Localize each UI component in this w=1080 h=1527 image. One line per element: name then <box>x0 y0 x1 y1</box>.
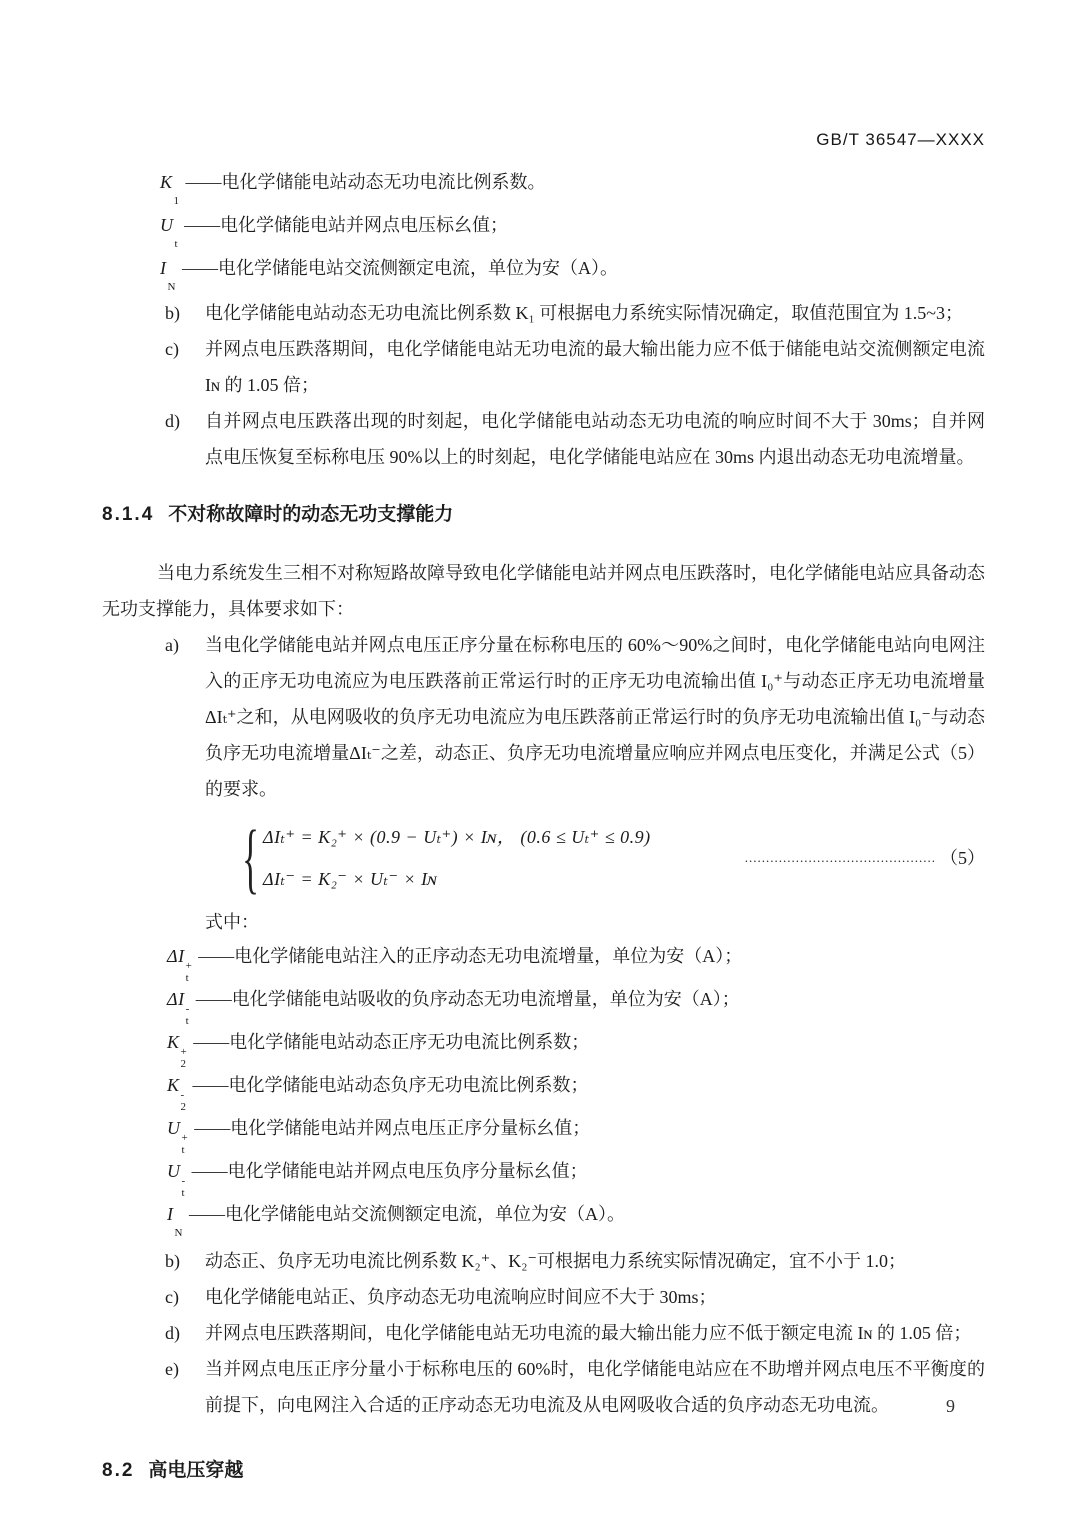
list-item-text: 动态正、负序无功电流比例系数 K₂⁺、K₂⁻可根据电力系统实际情况确定，宜不小于… <box>205 1251 906 1271</box>
symbol-description: ——电化学储能电站动态正序无功电流比例系数； <box>193 1032 589 1052</box>
symbol-description: ——电化学储能电站交流侧额定电流，单位为安（A）。 <box>182 258 618 278</box>
symbol-sub: N <box>175 1227 183 1239</box>
page-content: K1 ——电化学储能电站动态无功电流比例系数。 Ut ——电化学储能电站并网点电… <box>102 152 985 1511</box>
symbol-base: K <box>167 1075 180 1095</box>
symbol-base: U <box>167 1161 181 1181</box>
list-item: b) 动态正、负序无功电流比例系数 K₂⁺、K₂⁻可根据电力系统实际情况确定，宜… <box>102 1243 985 1279</box>
list-item: c) 电化学储能电站正、负序动态无功电流响应时间应不大于 30ms； <box>102 1279 985 1315</box>
equation-line-2: ΔIₜ⁻ = K₂⁻ × Uₜ⁻ × Iɴ <box>263 858 651 900</box>
equation-dotted-leader: ........................................… <box>745 840 936 876</box>
requirement-list-8-1-4: b) 动态正、负序无功电流比例系数 K₂⁺、K₂⁻可根据电力系统实际情况确定，宜… <box>102 1243 985 1423</box>
list-item-marker: b) <box>165 1243 180 1279</box>
list-item-text: 电化学储能电站动态无功电流比例系数 K₁ 可根据电力系统实际情况确定，取值范围宜… <box>205 303 963 323</box>
symbol-subscript-stack: 1 <box>174 183 180 207</box>
symbol-base: ΔI <box>167 989 185 1009</box>
standard-number-header: GB/T 36547—XXXX <box>816 130 985 150</box>
equation-line-1: ΔIₜ⁺ = K₂⁺ × (0.9 − Uₜ⁺) × Iɴ， (0.6 ≤ Uₜ… <box>263 816 651 858</box>
list-item-marker: c) <box>165 1279 179 1315</box>
symbol-term: ΔI-t <box>167 989 191 1009</box>
symbol-sup <box>175 1215 183 1227</box>
symbol-definition-row: Ut ——电化学储能电站并网点电压标幺值； <box>102 207 985 250</box>
symbol-subscript-stack: N <box>168 269 176 293</box>
page-number: 9 <box>946 1396 955 1417</box>
symbol-base: ΔI <box>167 946 185 966</box>
symbol-term: IN <box>167 1204 184 1224</box>
symbol-description: ——电化学储能电站动态负序无功电流比例系数； <box>193 1075 589 1095</box>
document-page: GB/T 36547—XXXX K1 ——电化学储能电站动态无功电流比例系数。 … <box>0 0 1080 1527</box>
symbol-sub: t <box>186 972 192 984</box>
list-item-marker: e) <box>165 1351 179 1387</box>
symbol-description: ——电化学储能电站并网点电压正序分量标幺值； <box>194 1118 590 1138</box>
symbol-sup: + <box>182 1132 188 1144</box>
symbol-term: K1 <box>160 172 181 192</box>
clause-number: 8.2 <box>102 1460 134 1481</box>
symbol-definitions-top: K1 ——电化学储能电站动态无功电流比例系数。 Ut ——电化学储能电站并网点电… <box>102 164 985 293</box>
symbol-subscript-stack: t <box>175 226 178 250</box>
clause-heading-8-1-4: 8.1.4不对称故障时的动态无功支撑能力 <box>102 497 985 533</box>
symbol-description: ——电化学储能电站注入的正序动态无功电流增量，单位为安（A）； <box>198 946 742 966</box>
list-item-text: 自并网点电压跌落出现的时刻起，电化学储能电站动态无功电流的响应时间不大于 30m… <box>205 411 985 467</box>
symbol-sup <box>174 183 180 195</box>
symbol-definition-row: U+t ——电化学储能电站并网点电压正序分量标幺值； <box>102 1113 985 1156</box>
symbol-sub: 1 <box>174 195 180 207</box>
symbol-definition-row: K-2 ——电化学储能电站动态负序无功电流比例系数； <box>102 1070 985 1113</box>
symbol-description: ——电化学储能电站并网点电压负序分量标幺值； <box>192 1161 588 1181</box>
symbol-term: K-2 <box>167 1075 188 1095</box>
list-item: a) 当电化学储能电站并网点电压正序分量在标称电压的 60%～90%之间时，电化… <box>102 627 985 807</box>
symbol-base: I <box>160 258 167 278</box>
symbol-sub: t <box>175 238 178 250</box>
list-item-text: 电化学储能电站正、负序动态无功电流响应时间应不大于 30ms； <box>205 1287 717 1307</box>
symbol-subscript-stack: +t <box>182 1132 188 1156</box>
symbol-base: K <box>160 172 173 192</box>
symbol-subscript-stack: N <box>175 1215 183 1239</box>
symbol-base: U <box>167 1118 181 1138</box>
symbol-subscript-stack: +t <box>186 960 192 984</box>
list-item-text: 并网点电压跌落期间，电化学储能电站无功电流的最大输出能力应不低于储能电站交流侧额… <box>205 339 985 395</box>
symbol-description: ——电化学储能电站交流侧额定电流，单位为安（A）。 <box>189 1204 625 1224</box>
symbol-subscript-stack: -2 <box>181 1089 187 1113</box>
list-item-text: 并网点电压跌落期间，电化学储能电站无功电流的最大输出能力应不低于额定电流 Iɴ … <box>205 1323 971 1343</box>
where-label: 式中： <box>102 905 985 939</box>
symbol-definitions-equation5: ΔI+t ——电化学储能电站注入的正序动态无功电流增量，单位为安（A）； ΔI-… <box>102 941 985 1239</box>
list-item-marker: b) <box>165 295 180 331</box>
list-item-marker: d) <box>165 403 180 439</box>
symbol-description: ——电化学储能电站并网点电压标幺值； <box>184 215 508 235</box>
symbol-description: ——电化学储能电站动态无功电流比例系数。 <box>186 172 546 192</box>
list-item-text: 当并网点电压正序分量小于标称电压的 60%时，电化学储能电站应在不助增并网点电压… <box>205 1359 985 1415</box>
symbol-term: K+2 <box>167 1032 189 1052</box>
symbol-base: I <box>167 1204 174 1224</box>
symbol-subscript-stack: +2 <box>181 1046 187 1070</box>
symbol-term: U-t <box>167 1161 187 1181</box>
symbol-subscript-stack: -t <box>182 1175 186 1199</box>
symbol-sub: N <box>168 281 176 293</box>
symbol-sup: - <box>182 1175 186 1187</box>
equation-left-brace: { <box>242 815 254 901</box>
symbol-sup: + <box>186 960 192 972</box>
symbol-definition-row: ΔI+t ——电化学储能电站注入的正序动态无功电流增量，单位为安（A）； <box>102 941 985 984</box>
list-item: e) 当并网点电压正序分量小于标称电压的 60%时，电化学储能电站应在不助增并网… <box>102 1351 985 1423</box>
symbol-sub: t <box>182 1144 188 1156</box>
symbol-sub: t <box>182 1187 186 1199</box>
symbol-definition-row: IN ——电化学储能电站交流侧额定电流，单位为安（A）。 <box>102 1199 985 1239</box>
symbol-definition-row: U-t ——电化学储能电站并网点电压负序分量标幺值； <box>102 1156 985 1199</box>
symbol-subscript-stack: -t <box>186 1003 190 1027</box>
symbol-term: Ut <box>160 215 180 235</box>
clause-title: 高电压穿越 <box>148 1460 243 1481</box>
list-item-text: 当电化学储能电站并网点电压正序分量在标称电压的 60%～90%之间时，电化学储能… <box>205 635 985 799</box>
symbol-definition-row: ΔI-t ——电化学储能电站吸收的负序动态无功电流增量，单位为安（A）； <box>102 984 985 1027</box>
equation-5: { ΔIₜ⁺ = K₂⁺ × (0.9 − Uₜ⁺) × Iɴ， (0.6 ≤ … <box>235 815 985 901</box>
list-item-marker: c) <box>165 331 179 367</box>
equation-number: （5） <box>940 840 985 876</box>
symbol-definition-row: IN ——电化学储能电站交流侧额定电流，单位为安（A）。 <box>102 250 985 293</box>
clause-number: 8.1.4 <box>102 504 154 525</box>
equation-number-block: ........................................… <box>733 840 985 876</box>
list-item-marker: a) <box>165 627 179 663</box>
symbol-sup: - <box>186 1003 190 1015</box>
symbol-sup <box>168 269 176 281</box>
symbol-definition-row: K1 ——电化学储能电站动态无功电流比例系数。 <box>102 164 985 207</box>
symbol-sup: - <box>181 1089 187 1101</box>
list-item-marker: d) <box>165 1315 180 1351</box>
list-item: c) 并网点电压跌落期间，电化学储能电站无功电流的最大输出能力应不低于储能电站交… <box>102 331 985 403</box>
symbol-sup: + <box>181 1046 187 1058</box>
list-item: d) 并网点电压跌落期间，电化学储能电站无功电流的最大输出能力应不低于额定电流 … <box>102 1315 985 1351</box>
symbol-sub: 2 <box>181 1101 187 1113</box>
symbol-sup <box>175 226 178 238</box>
symbol-description: ——电化学储能电站吸收的负序动态无功电流增量，单位为安（A）； <box>196 989 740 1009</box>
equation-lines: ΔIₜ⁺ = K₂⁺ × (0.9 − Uₜ⁺) × Iɴ， (0.6 ≤ Uₜ… <box>263 816 651 900</box>
symbol-term: ΔI+t <box>167 946 194 966</box>
symbol-base: U <box>160 215 174 235</box>
symbol-sub: 2 <box>181 1058 187 1070</box>
list-item: b) 电化学储能电站动态无功电流比例系数 K₁ 可根据电力系统实际情况确定，取值… <box>102 295 985 331</box>
symbol-term: U+t <box>167 1118 190 1138</box>
list-item: d) 自并网点电压跌落出现的时刻起，电化学储能电站动态无功电流的响应时间不大于 … <box>102 403 985 475</box>
symbol-term: IN <box>160 258 177 278</box>
requirement-list-top: b) 电化学储能电站动态无功电流比例系数 K₁ 可根据电力系统实际情况确定，取值… <box>102 295 985 475</box>
symbol-sub: t <box>186 1015 190 1027</box>
clause-heading-8-2: 8.2高电压穿越 <box>102 1453 985 1489</box>
symbol-definition-row: K+2 ——电化学储能电站动态正序无功电流比例系数； <box>102 1027 985 1070</box>
symbol-base: K <box>167 1032 180 1052</box>
clause-title: 不对称故障时的动态无功支撑能力 <box>168 504 453 525</box>
clause-intro-paragraph: 当电力系统发生三相不对称短路故障导致电化学储能电站并网点电压跌落时，电化学储能电… <box>102 555 985 627</box>
